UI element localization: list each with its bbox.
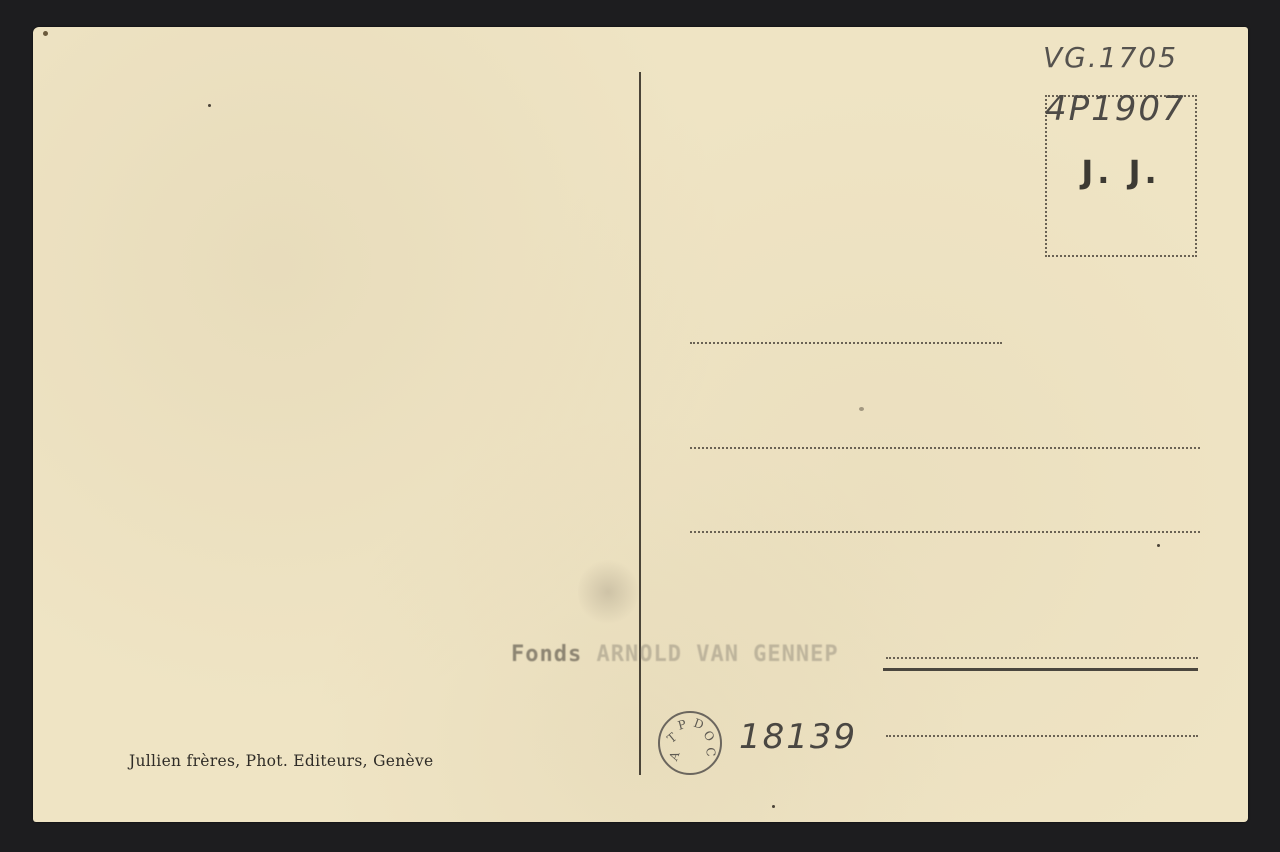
handwritten-inventory-number: 18139 bbox=[739, 717, 857, 757]
stamp-letter: C bbox=[703, 747, 718, 757]
stamp-letter: D bbox=[692, 716, 706, 732]
fonds-name: ARNOLD VAN GENNEP bbox=[596, 642, 838, 667]
address-line-2 bbox=[690, 447, 1200, 449]
stamp-letter: T bbox=[664, 730, 679, 746]
paper-speck bbox=[43, 31, 48, 36]
paper-speck bbox=[1157, 544, 1160, 547]
address-line-1 bbox=[690, 342, 1002, 344]
fonds-label: Fonds bbox=[511, 642, 582, 667]
address-line-3 bbox=[690, 531, 1200, 533]
publisher-imprint: Jullien frères, Phot. Editeurs, Genève bbox=[129, 752, 434, 770]
postcard-back: VG.1705 J. J. 4P1907 Fonds ARNOLD VAN GE… bbox=[33, 27, 1248, 822]
paper-speck bbox=[772, 805, 775, 808]
handwritten-reference-1: VG.1705 bbox=[1043, 41, 1178, 74]
stamp-letter: P bbox=[676, 717, 687, 733]
stamp-initials: J. J. bbox=[1047, 153, 1195, 191]
center-divider-line bbox=[639, 72, 641, 775]
paper-speck bbox=[859, 407, 864, 411]
stamp-letter: A bbox=[666, 750, 682, 763]
atp-doc-circle-stamp: A T P D O C bbox=[658, 711, 722, 775]
ink-smudge bbox=[578, 557, 638, 627]
paper-speck bbox=[208, 104, 211, 107]
address-underline bbox=[883, 668, 1198, 671]
address-line-5 bbox=[886, 735, 1198, 737]
handwritten-reference-2: 4P1907 bbox=[1045, 89, 1186, 129]
address-line-4 bbox=[886, 657, 1198, 659]
archive-fonds-stamp: Fonds ARNOLD VAN GENNEP bbox=[511, 642, 839, 667]
stamp-letter: O bbox=[700, 728, 717, 744]
